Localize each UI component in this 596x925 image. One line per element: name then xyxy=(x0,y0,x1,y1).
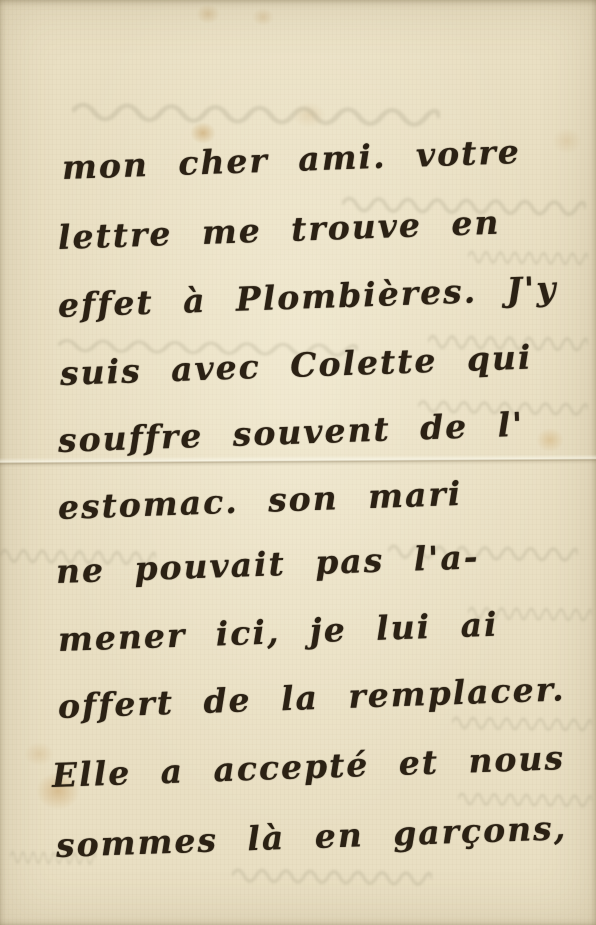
show-through-mark xyxy=(468,245,588,267)
show-through-mark xyxy=(452,711,592,733)
handwritten-line: souffre souvent de l' xyxy=(57,405,525,460)
show-through-mark xyxy=(232,862,432,887)
foxing-spot xyxy=(552,128,582,154)
foxing-spot xyxy=(24,742,54,766)
handwritten-line: estomac. son mari xyxy=(57,474,463,527)
handwritten-line: mener ici, je lui ai xyxy=(57,605,499,659)
handwritten-line: effet à Plombières. J'y xyxy=(57,269,558,325)
foxing-spot xyxy=(536,428,564,452)
handwritten-line: lettre me trouve en xyxy=(57,203,501,257)
show-through-mark xyxy=(458,787,592,809)
show-through-mark xyxy=(72,95,440,129)
handwritten-line: mon cher ami. votre xyxy=(61,132,521,187)
foxing-spot xyxy=(252,8,274,26)
letter-page: mon cher ami. votre lettre me trouve en … xyxy=(0,0,596,925)
foxing-spot xyxy=(196,4,220,24)
foxing-spot xyxy=(190,122,216,144)
handwritten-line: sommes là en garçons, xyxy=(55,808,567,865)
